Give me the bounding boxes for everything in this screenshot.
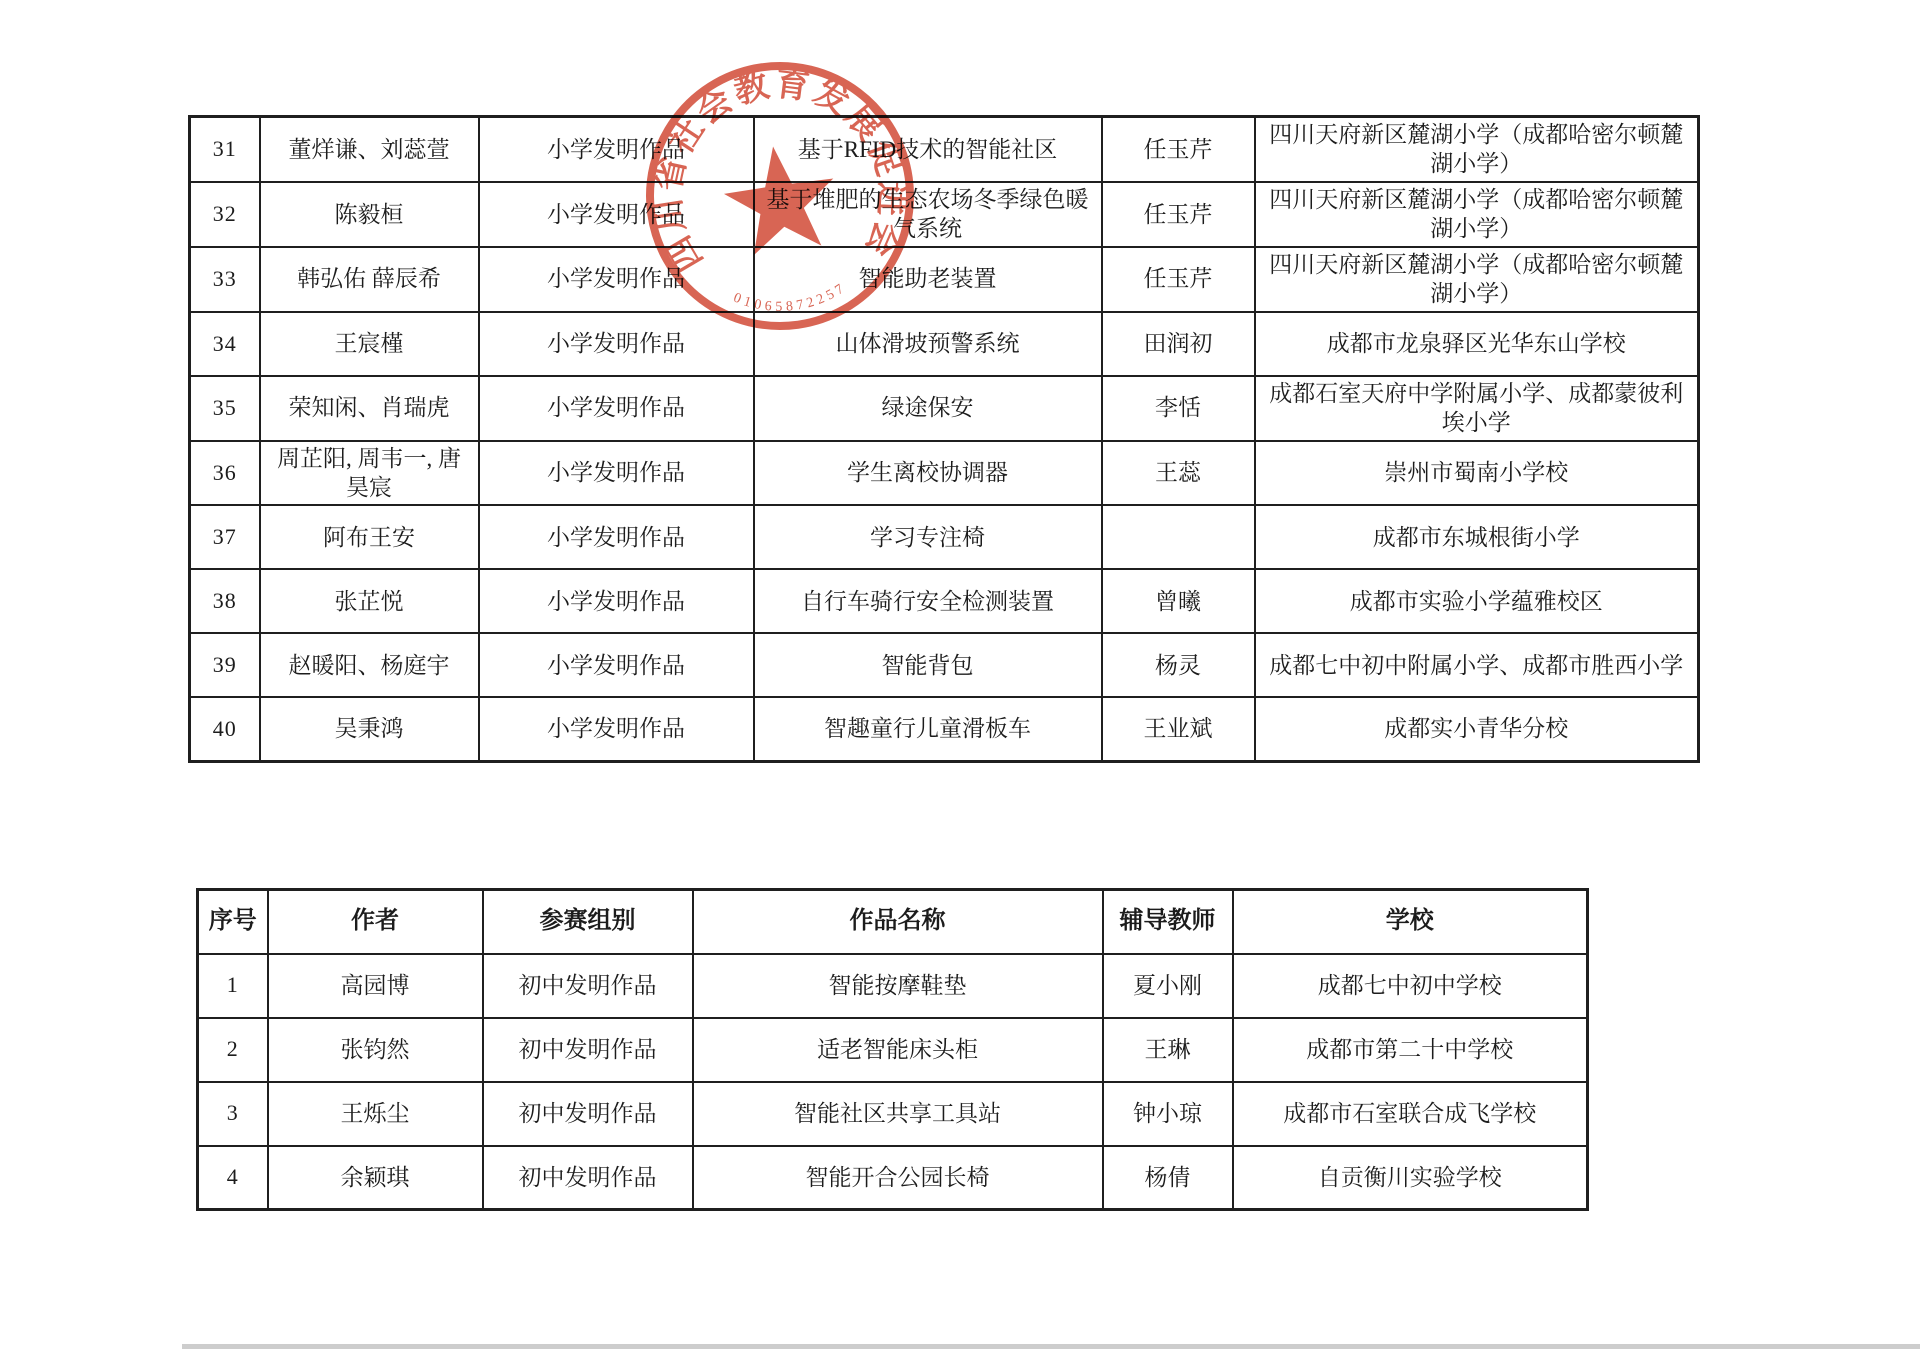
cell-work: 自行车骑行安全检测装置	[754, 569, 1102, 633]
header-school: 学校	[1233, 890, 1588, 954]
cell-no: 38	[190, 569, 260, 633]
table-row: 31 董烊谦、刘蕊萱 小学发明作品 基于RFID技术的智能社区 任玉芹 四川天府…	[190, 117, 1699, 182]
cell-no: 1	[198, 954, 268, 1018]
table-row: 1 高园博 初中发明作品 智能按摩鞋垫 夏小刚 成都七中初中学校	[198, 954, 1588, 1018]
cell-work: 学生离校协调器	[754, 441, 1102, 506]
cell-school: 四川天府新区麓湖小学（成都哈密尔顿麓湖小学）	[1255, 182, 1699, 247]
cell-no: 40	[190, 697, 260, 761]
table-row: 36 周芷阳, 周韦一, 唐昊宸 小学发明作品 学生离校协调器 王蕊 崇州市蜀南…	[190, 441, 1699, 506]
cell-teacher: 钟小琼	[1103, 1082, 1233, 1146]
cell-no: 36	[190, 441, 260, 506]
cell-school: 成都市石室联合成飞学校	[1233, 1082, 1588, 1146]
header-group: 参赛组别	[483, 890, 693, 954]
table-row: 3 王烁尘 初中发明作品 智能社区共享工具站 钟小琼 成都市石室联合成飞学校	[198, 1082, 1588, 1146]
header-no: 序号	[198, 890, 268, 954]
cell-work: 基于RFID技术的智能社区	[754, 117, 1102, 182]
cell-teacher: 杨灵	[1102, 633, 1255, 697]
cell-school: 成都市实验小学蕴雅校区	[1255, 569, 1699, 633]
table-row: 38 张芷悦 小学发明作品 自行车骑行安全检测装置 曾曦 成都市实验小学蕴雅校区	[190, 569, 1699, 633]
cell-no: 2	[198, 1018, 268, 1082]
cell-no: 37	[190, 505, 260, 569]
table-row: 2 张钧然 初中发明作品 适老智能床头柜 王琳 成都市第二十中学校	[198, 1018, 1588, 1082]
cell-authors: 王宸槿	[260, 312, 479, 376]
header-work: 作品名称	[693, 890, 1103, 954]
table-row: 34 王宸槿 小学发明作品 山体滑坡预警系统 田润初 成都市龙泉驿区光华东山学校	[190, 312, 1699, 376]
cell-authors: 高园博	[268, 954, 483, 1018]
cell-group: 小学发明作品	[479, 505, 754, 569]
cell-group: 小学发明作品	[479, 376, 754, 441]
cell-authors: 张钧然	[268, 1018, 483, 1082]
cell-teacher: 任玉芹	[1102, 182, 1255, 247]
cell-school: 成都市第二十中学校	[1233, 1018, 1588, 1082]
cell-work: 智趣童行儿童滑板车	[754, 697, 1102, 761]
cell-work: 山体滑坡预警系统	[754, 312, 1102, 376]
scanned-document-page: 31 董烊谦、刘蕊萱 小学发明作品 基于RFID技术的智能社区 任玉芹 四川天府…	[0, 0, 1920, 1358]
cell-authors: 阿布王安	[260, 505, 479, 569]
cell-school: 成都石室天府中学附属小学、成都蒙彼利埃小学	[1255, 376, 1699, 441]
cell-school: 成都七中初中附属小学、成都市胜西小学	[1255, 633, 1699, 697]
cell-group: 小学发明作品	[479, 182, 754, 247]
cell-teacher: 王业斌	[1102, 697, 1255, 761]
cell-authors: 董烊谦、刘蕊萱	[260, 117, 479, 182]
cell-no: 39	[190, 633, 260, 697]
cell-work: 智能背包	[754, 633, 1102, 697]
cell-school: 成都市东城根街小学	[1255, 505, 1699, 569]
table-row: 4 余颖琪 初中发明作品 智能开合公园长椅 杨倩 自贡衡川实验学校	[198, 1146, 1588, 1210]
cell-authors: 余颖琪	[268, 1146, 483, 1210]
cell-no: 3	[198, 1082, 268, 1146]
cell-school: 自贡衡川实验学校	[1233, 1146, 1588, 1210]
header-teacher: 辅导教师	[1103, 890, 1233, 954]
cell-work: 适老智能床头柜	[693, 1018, 1103, 1082]
cell-teacher: 王蕊	[1102, 441, 1255, 506]
cell-teacher: 田润初	[1102, 312, 1255, 376]
cell-no: 33	[190, 247, 260, 312]
cell-group: 小学发明作品	[479, 441, 754, 506]
cell-authors: 周芷阳, 周韦一, 唐昊宸	[260, 441, 479, 506]
cell-no: 34	[190, 312, 260, 376]
cell-school: 成都实小青华分校	[1255, 697, 1699, 761]
cell-authors: 韩弘佑 薛辰希	[260, 247, 479, 312]
cell-no: 35	[190, 376, 260, 441]
cell-work: 智能开合公园长椅	[693, 1146, 1103, 1210]
cell-work: 智能按摩鞋垫	[693, 954, 1103, 1018]
table-header-row: 序号 作者 参赛组别 作品名称 辅导教师 学校	[198, 890, 1588, 954]
cell-work: 智能助老装置	[754, 247, 1102, 312]
cell-authors: 陈毅桓	[260, 182, 479, 247]
scan-edge-artifact	[182, 1344, 1920, 1349]
cell-authors: 赵暖阳、杨庭宇	[260, 633, 479, 697]
cell-work: 绿途保安	[754, 376, 1102, 441]
cell-group: 小学发明作品	[479, 312, 754, 376]
table-row: 39 赵暖阳、杨庭宇 小学发明作品 智能背包 杨灵 成都七中初中附属小学、成都市…	[190, 633, 1699, 697]
table-row: 35 荣知闲、肖瑞虎 小学发明作品 绿途保安 李恬 成都石室天府中学附属小学、成…	[190, 376, 1699, 441]
cell-work: 智能社区共享工具站	[693, 1082, 1103, 1146]
table-row: 33 韩弘佑 薛辰希 小学发明作品 智能助老装置 任玉芹 四川天府新区麓湖小学（…	[190, 247, 1699, 312]
table-row: 40 吴秉鸿 小学发明作品 智趣童行儿童滑板车 王业斌 成都实小青华分校	[190, 697, 1699, 761]
cell-authors: 吴秉鸿	[260, 697, 479, 761]
award-table-middle-school: 序号 作者 参赛组别 作品名称 辅导教师 学校 1 高园博 初中发明作品 智能按…	[196, 888, 1589, 1211]
cell-school: 成都七中初中学校	[1233, 954, 1588, 1018]
table-row: 32 陈毅桓 小学发明作品 基于堆肥的生态农场冬季绿色暖气系统 任玉芹 四川天府…	[190, 182, 1699, 247]
cell-group: 初中发明作品	[483, 1018, 693, 1082]
cell-no: 31	[190, 117, 260, 182]
cell-authors: 王烁尘	[268, 1082, 483, 1146]
header-authors: 作者	[268, 890, 483, 954]
cell-teacher: 任玉芹	[1102, 247, 1255, 312]
cell-school: 四川天府新区麓湖小学（成都哈密尔顿麓湖小学）	[1255, 247, 1699, 312]
cell-authors: 荣知闲、肖瑞虎	[260, 376, 479, 441]
cell-authors: 张芷悦	[260, 569, 479, 633]
cell-group: 小学发明作品	[479, 247, 754, 312]
cell-teacher	[1102, 505, 1255, 569]
table-row: 37 阿布王安 小学发明作品 学习专注椅 成都市东城根街小学	[190, 505, 1699, 569]
cell-school: 四川天府新区麓湖小学（成都哈密尔顿麓湖小学）	[1255, 117, 1699, 182]
cell-teacher: 夏小刚	[1103, 954, 1233, 1018]
cell-no: 4	[198, 1146, 268, 1210]
cell-teacher: 曾曦	[1102, 569, 1255, 633]
cell-group: 初中发明作品	[483, 1146, 693, 1210]
cell-group: 小学发明作品	[479, 117, 754, 182]
cell-teacher: 李恬	[1102, 376, 1255, 441]
cell-teacher: 任玉芹	[1102, 117, 1255, 182]
cell-work: 学习专注椅	[754, 505, 1102, 569]
cell-teacher: 王琳	[1103, 1018, 1233, 1082]
cell-teacher: 杨倩	[1103, 1146, 1233, 1210]
cell-group: 小学发明作品	[479, 697, 754, 761]
cell-no: 32	[190, 182, 260, 247]
cell-school: 崇州市蜀南小学校	[1255, 441, 1699, 506]
award-table-primary-school: 31 董烊谦、刘蕊萱 小学发明作品 基于RFID技术的智能社区 任玉芹 四川天府…	[188, 115, 1700, 763]
cell-group: 初中发明作品	[483, 1082, 693, 1146]
cell-work: 基于堆肥的生态农场冬季绿色暖气系统	[754, 182, 1102, 247]
cell-group: 小学发明作品	[479, 569, 754, 633]
cell-group: 小学发明作品	[479, 633, 754, 697]
cell-group: 初中发明作品	[483, 954, 693, 1018]
cell-school: 成都市龙泉驿区光华东山学校	[1255, 312, 1699, 376]
